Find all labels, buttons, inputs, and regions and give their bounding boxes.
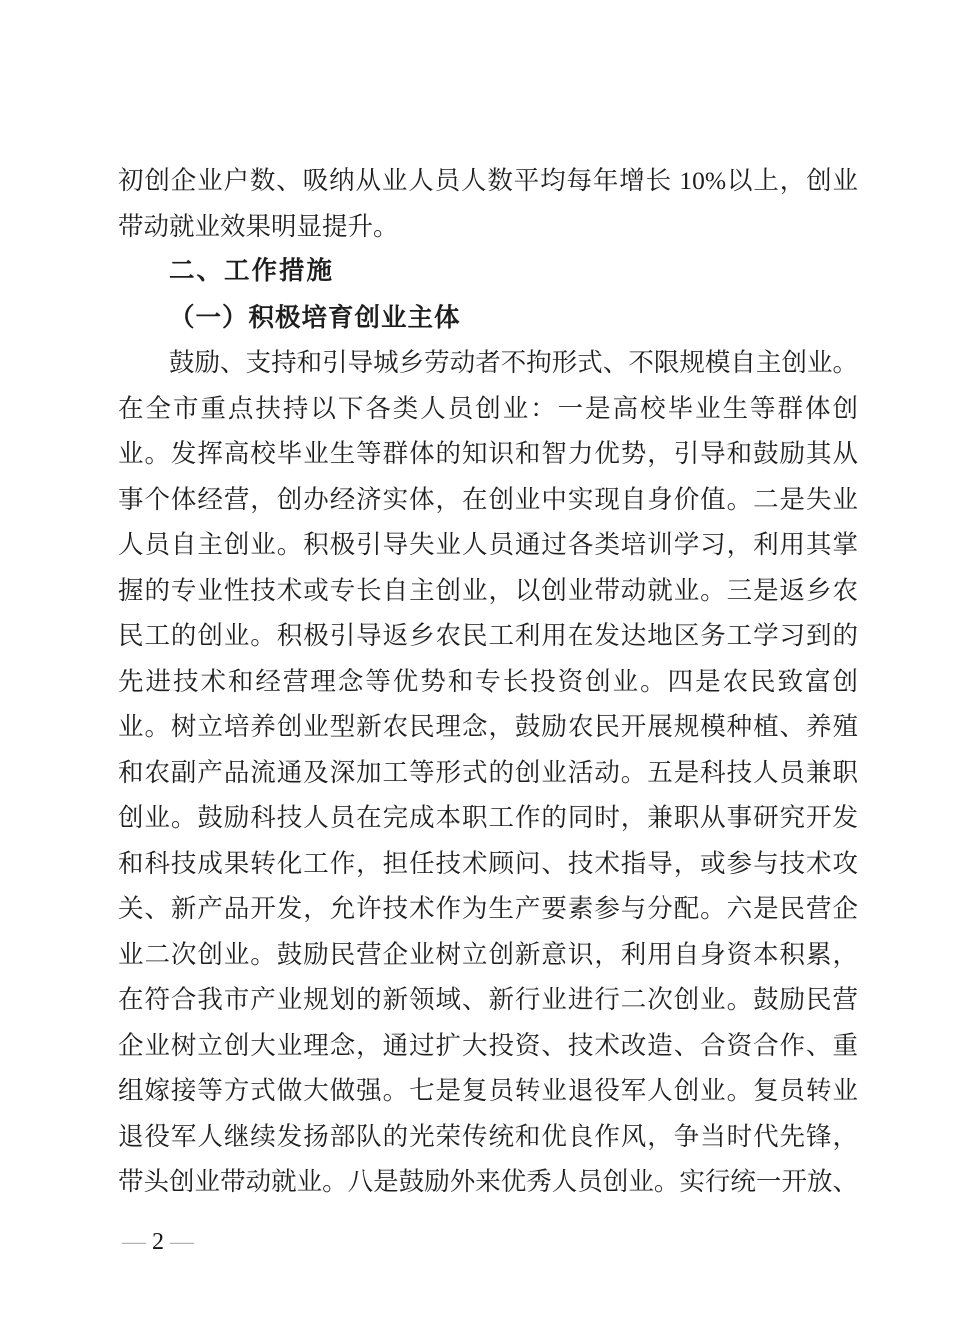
intro-line: 带动就业效果明显提升。 [118,204,858,250]
body-line: 创业。鼓励科技人员在完成本职工作的同时，兼职从事研究开发 [118,795,858,841]
body-line: 在符合我市产业规划的新领域、新行业进行二次创业。鼓励民营 [118,977,858,1023]
body-line: 企业树立创大业理念，通过扩大投资、技术改造、合资合作、重 [118,1023,858,1069]
body-line: 和科技成果转化工作，担任技术顾问、技术指导，或参与技术攻 [118,841,858,887]
body-line: 事个体经营，创办经济实体，在创业中实现自身价值。二是失业 [118,477,858,523]
body-line: 民工的创业。积极引导返乡农民工利用在发达地区务工学习到的 [118,613,858,659]
document-body: 初创企业户数、吸纳从业人员人数平均每年增长 10%以上，创业 带动就业效果明显提… [118,158,858,1205]
body-line: 鼓励、支持和引导城乡劳动者不拘形式、不限规模自主创业。 [118,340,858,386]
body-line: 在全市重点扶持以下各类人员创业：一是高校毕业生等群体创 [118,386,858,432]
body-line: 关、新产品开发，允许技术作为生产要素参与分配。六是民营企 [118,886,858,932]
body-line: 组嫁接等方式做大做强。七是复员转业退役军人创业。复员转业 [118,1068,858,1114]
body-line: 业。发挥高校毕业生等群体的知识和智力优势，引导和鼓励其从 [118,431,858,477]
intro-line: 初创企业户数、吸纳从业人员人数平均每年增长 10%以上，创业 [118,158,858,204]
page-footer: —2— [116,1228,200,1256]
section-heading: 二、工作措施 [118,249,858,295]
subsection-heading: （一）积极培育创业主体 [118,295,858,341]
footer-dash: — [170,1229,194,1255]
body-line: 人员自主创业。积极引导失业人员通过各类培训学习，利用其掌 [118,522,858,568]
body-line: 先进技术和经营理念等优势和专长投资创业。四是农民致富创 [118,659,858,705]
document-page: 初创企业户数、吸纳从业人员人数平均每年增长 10%以上，创业 带动就业效果明显提… [0,0,966,1328]
body-line: 握的专业性技术或专长自主创业，以创业带动就业。三是返乡农 [118,568,858,614]
body-line: 退役军人继续发扬部队的光荣传统和优良作风，争当时代先锋， [118,1114,858,1160]
footer-dash: — [122,1229,146,1255]
body-line: 业二次创业。鼓励民营企业树立创新意识，利用自身资本积累， [118,932,858,978]
body-line: 带头创业带动就业。八是鼓励外来优秀人员创业。实行统一开放、 [118,1159,858,1205]
page-number: 2 [152,1229,164,1255]
body-line: 和农副产品流通及深加工等形式的创业活动。五是科技人员兼职 [118,750,858,796]
body-line: 业。树立培养创业型新农民理念，鼓励农民开展规模种植、养殖 [118,704,858,750]
